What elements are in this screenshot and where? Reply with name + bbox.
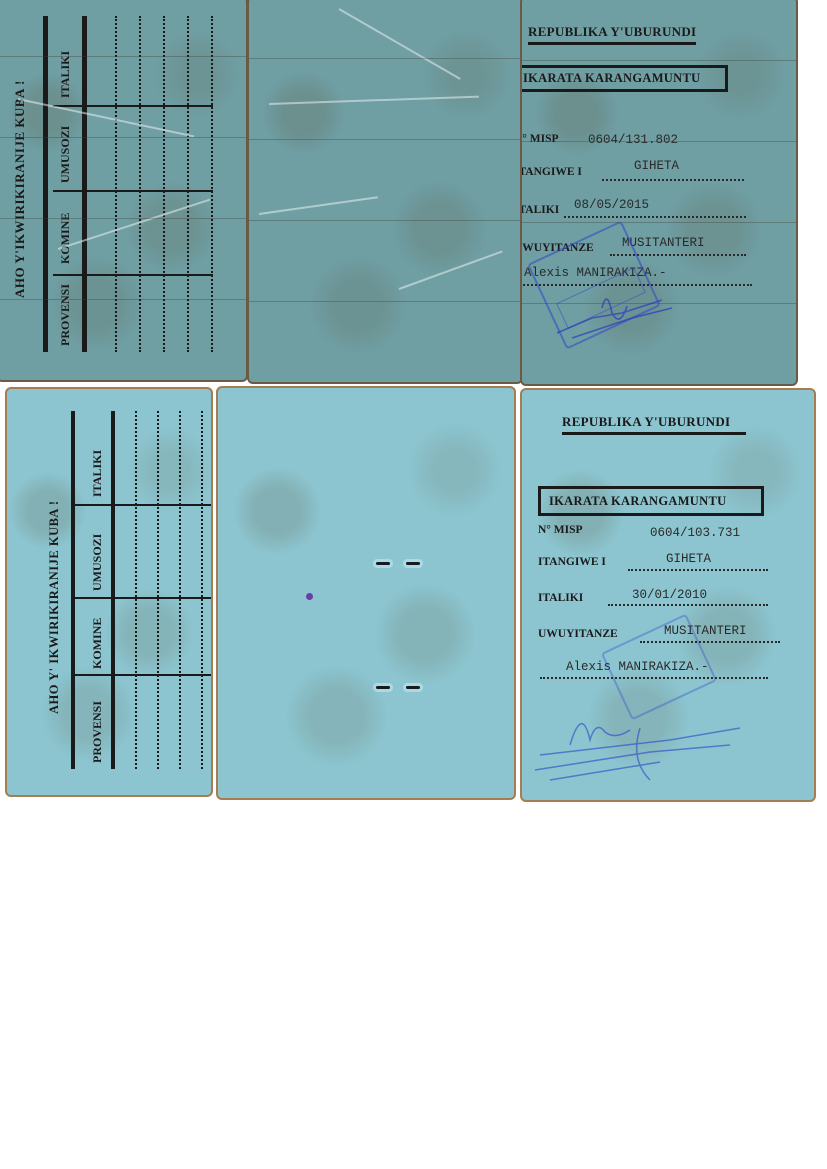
staple-slot [406, 562, 420, 565]
card-title-box: IKARATA KARANGAMUNTU [538, 486, 764, 516]
field-value-misp: 0604/131.802 [588, 133, 678, 147]
card-bottom-middle-panel [216, 386, 516, 800]
table-divider [53, 190, 213, 192]
card-bottom-front-panel: REPUBLIKA Y'UBURUNDI IKARATA KARANGAMUNT… [520, 388, 816, 802]
col-label-provensi: PROVENSI [58, 284, 73, 346]
field-label-itangiwe: ITANGIWE I [520, 166, 582, 178]
col-label-umusozi: UMUSOZI [58, 126, 73, 183]
table-border-header [111, 411, 115, 769]
field-dotted-line [602, 179, 744, 181]
entry-line [201, 411, 203, 769]
field-value-italiki: 30/01/2010 [632, 588, 707, 602]
crease [339, 8, 461, 80]
col-label-komine: KOMINE [90, 618, 105, 669]
field-label-italiki: ITALIKI [538, 592, 583, 604]
table-divider [53, 105, 213, 107]
card-top-middle-panel [247, 0, 523, 384]
field-dotted-line [564, 216, 746, 218]
col-label-italiki: ITALIKI [90, 450, 105, 497]
field-value-italiki: 08/05/2015 [574, 198, 649, 212]
table-border-header [82, 16, 87, 352]
card-top-front-panel: REPUBLIKA Y'UBURUNDI IKARATA KARANGAMUNT… [520, 0, 798, 386]
card-title-box: IKARATA KARANGAMUNTU [520, 65, 728, 92]
crease [399, 250, 503, 290]
signature [552, 278, 682, 348]
table-divider [53, 274, 213, 276]
card-bottom-back-panel: AHO Y' IKWIRIKIRANIJE KUBA ! PROVENSI KO… [5, 387, 213, 797]
card-top-back-panel: AHO Y'IKWIRIKIRANIJE KUBA ! PROVENSI KOM… [0, 0, 248, 382]
col-label-provensi: PROVENSI [90, 701, 105, 763]
field-dotted-line [608, 604, 768, 606]
country-heading: REPUBLIKA Y'UBURUNDI [562, 414, 730, 430]
col-label-italiki: ITALIKI [58, 51, 73, 98]
entry-line [179, 411, 181, 769]
col-label-umusozi: UMUSOZI [90, 534, 105, 591]
field-label-italiki: ITALIKI [520, 204, 559, 216]
back-panel-title: AHO Y' IKWIRIKIRANIJE KUBA ! [47, 500, 62, 714]
entry-line [139, 16, 141, 352]
table-divider [75, 597, 213, 599]
crease [269, 96, 479, 105]
entry-line [157, 411, 159, 769]
country-underline [562, 432, 746, 435]
entry-line [115, 16, 117, 352]
col-label-komine: KOMINE [58, 213, 73, 264]
entry-line [211, 16, 213, 352]
country-underline [528, 42, 696, 45]
back-panel-title: AHO Y'IKWIRIKIRANIJE KUBA ! [12, 80, 28, 298]
staple-slot [406, 686, 420, 689]
table-divider [75, 674, 213, 676]
entry-line [187, 16, 189, 352]
table-divider [75, 504, 213, 506]
country-heading: REPUBLIKA Y'UBURUNDI [528, 24, 696, 40]
field-label-uwuyitanze: UWUYITANZE [538, 628, 618, 640]
ink-mark [306, 593, 313, 600]
field-value-misp: 0604/103.731 [650, 526, 740, 540]
field-label-misp: N° MISP [538, 524, 583, 536]
field-label-misp: N° MISP [520, 133, 559, 145]
table-border-left [71, 411, 75, 769]
staple-slot [376, 562, 390, 565]
entry-line [135, 411, 137, 769]
entry-line [163, 16, 165, 352]
field-dotted-line [628, 569, 768, 571]
signature [530, 700, 760, 790]
field-label-itangiwe: ITANGIWE I [538, 556, 606, 568]
staple-slot [376, 686, 390, 689]
crease [259, 196, 378, 215]
field-value-itangiwe: GIHETA [634, 159, 679, 173]
table-border-left [43, 16, 48, 352]
field-value-itangiwe: GIHETA [666, 552, 711, 566]
